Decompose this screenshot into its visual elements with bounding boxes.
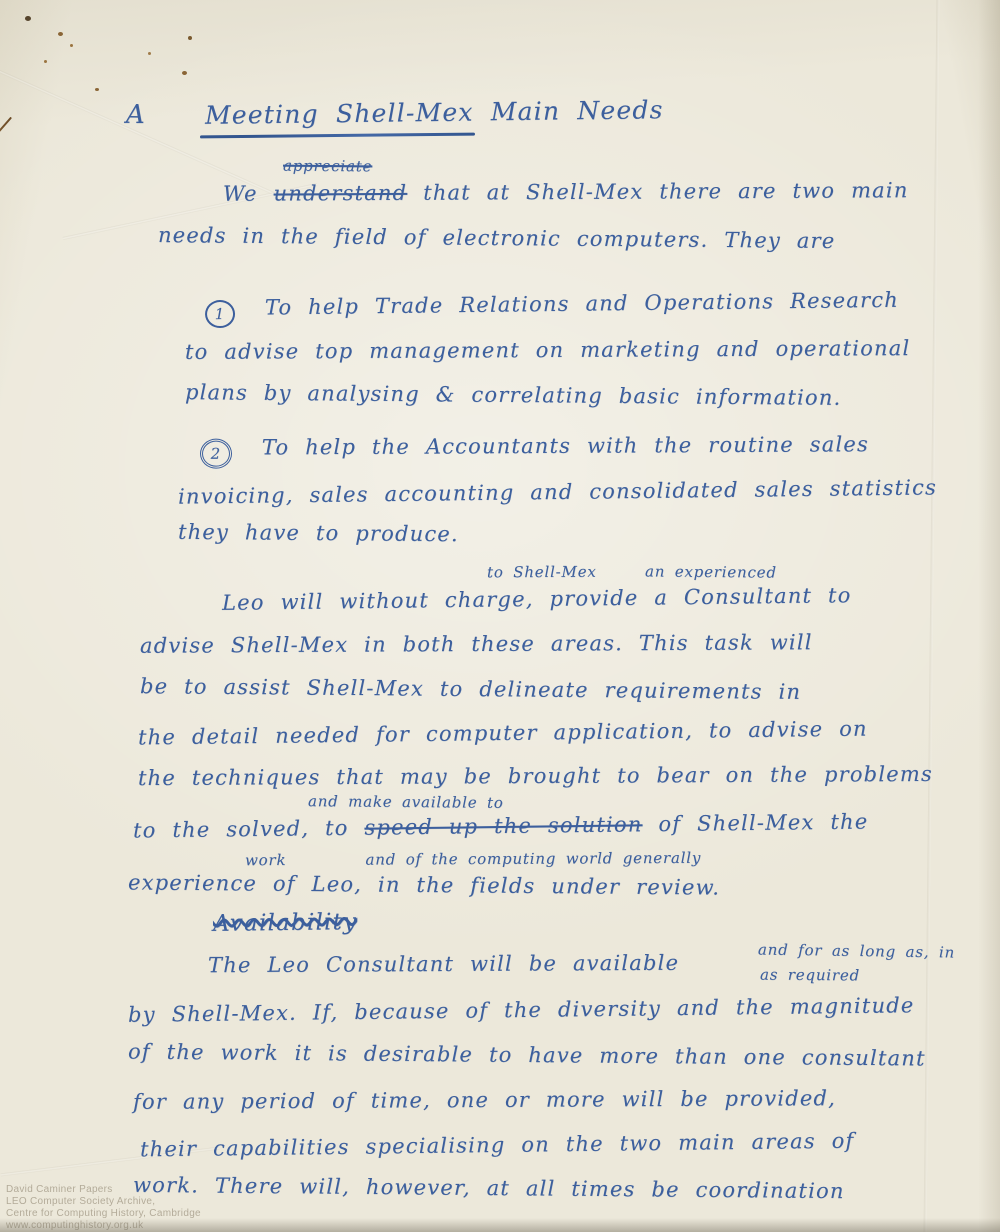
section-label: A bbox=[126, 100, 146, 130]
handwritten-line: needs in the field of electronic compute… bbox=[158, 223, 836, 253]
handwritten-line: We understand that at Shell-Mex there ar… bbox=[223, 178, 909, 206]
inserted-phrase: and for as long as, in bbox=[758, 940, 955, 961]
handwritten-line: 2 To help the Accountants with the routi… bbox=[200, 432, 869, 469]
offer-line7-insert: and of the computing world generally bbox=[365, 849, 701, 869]
handwritten-line: their capabilities specialising on the t… bbox=[140, 1129, 855, 1162]
handwritten-line: 1 To help Trade Relations and Operations… bbox=[205, 288, 899, 328]
offer-line7-word: work bbox=[245, 851, 286, 869]
handwritten-line: plans by analysing & correlating basic i… bbox=[185, 380, 842, 410]
paper-stain bbox=[25, 16, 31, 21]
intro-word: We bbox=[223, 182, 258, 206]
handwritten-line: the detail needed for computer applicati… bbox=[138, 717, 868, 750]
intro-line1: that at Shell-Mex there are two main bbox=[423, 178, 908, 205]
offer-line6-start: to the solved, to bbox=[133, 816, 349, 843]
handwritten-line: the techniques that may be brought to be… bbox=[138, 762, 933, 790]
paper-stain bbox=[44, 60, 47, 63]
offer-line6-end: of Shell-Mex the bbox=[658, 810, 868, 837]
handwritten-line: experience of Leo, in the fields under r… bbox=[128, 870, 720, 899]
paper-stain bbox=[58, 32, 63, 36]
inserted-phrase: and make available to bbox=[308, 792, 504, 812]
scan-edge-shadow bbox=[978, 0, 1000, 1232]
watermark-line: LEO Computer Society Archive, bbox=[6, 1196, 155, 1207]
struck-heading: Availability bbox=[213, 909, 358, 937]
item2-line1: To help the Accountants with the routine… bbox=[262, 432, 869, 459]
handwritten-line: of the work it is desirable to have more… bbox=[128, 1040, 926, 1071]
handwritten-line: for any period of time, one or more will… bbox=[133, 1086, 836, 1114]
handwritten-line: Leo will without charge, provide a Consu… bbox=[222, 583, 852, 615]
handwritten-line: work. There will, however, at all times … bbox=[133, 1173, 845, 1203]
scanned-page: A Meeting Shell-Mex Main Needs appreciat… bbox=[0, 0, 1000, 1232]
handwritten-line: to advise top management on marketing an… bbox=[185, 336, 910, 364]
page-title: Meeting Shell-Mex Main Needs bbox=[205, 95, 664, 130]
handwritten-line: to the solved, to speed up the solution … bbox=[133, 810, 869, 843]
handwritten-line: The Leo Consultant will be available bbox=[208, 951, 679, 977]
inserted-phrase: to Shell-Mex bbox=[487, 563, 597, 582]
handwritten-line: advise Shell-Mex in both these areas. Th… bbox=[140, 630, 813, 658]
handwritten-line: by Shell-Mex. If, because of the diversi… bbox=[128, 993, 915, 1027]
handwritten-line: work and of the computing world generall… bbox=[245, 849, 701, 869]
title-underline bbox=[200, 133, 475, 139]
inserted-phrase: an experienced bbox=[645, 562, 777, 581]
struck-phrase: speed up the solution bbox=[364, 812, 642, 839]
paper-stain bbox=[95, 88, 99, 91]
paper-stain bbox=[70, 44, 73, 47]
paper-crease bbox=[0, 70, 274, 195]
paper-stain bbox=[188, 36, 192, 40]
item2-number: 2 bbox=[200, 439, 232, 469]
paper-crease bbox=[924, 0, 940, 1232]
inserted-word: appreciate bbox=[283, 157, 372, 176]
inserted-phrase: as required bbox=[760, 966, 860, 985]
handwritten-line: invoicing, sales accounting and consolid… bbox=[178, 475, 937, 508]
scan-edge-shadow bbox=[0, 1218, 1000, 1232]
paper-stain bbox=[182, 71, 187, 75]
item1-number: 1 bbox=[205, 300, 235, 328]
handwritten-line: be to assist Shell-Mex to delineate requ… bbox=[140, 674, 801, 704]
paper-scratch bbox=[0, 117, 12, 165]
watermark-line: David Caminer Papers bbox=[6, 1184, 113, 1195]
item1-line1: To help Trade Relations and Operations R… bbox=[265, 288, 899, 320]
struck-word: understand bbox=[274, 181, 408, 206]
paper-stain bbox=[148, 52, 151, 55]
handwritten-line: they have to produce. bbox=[178, 520, 459, 546]
